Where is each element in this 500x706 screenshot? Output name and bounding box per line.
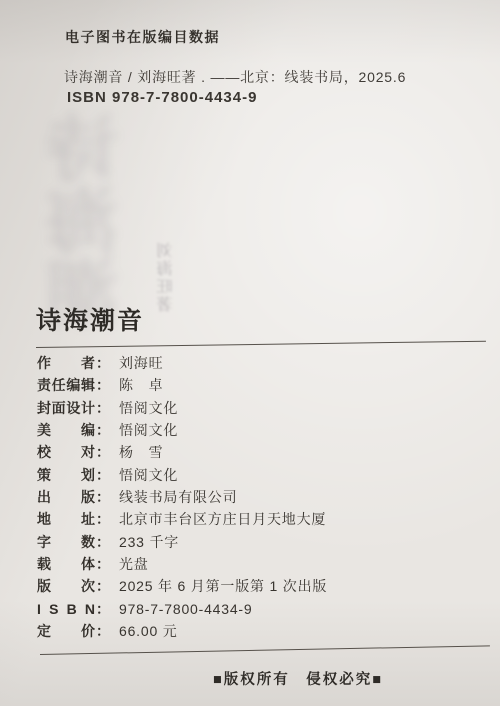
colophon-row-label: 定 价	[37, 620, 95, 642]
colophon-row: 版 次：2025 年 6 月第一版第 1 次出版	[37, 575, 482, 597]
colophon-row-colon: ：	[96, 444, 110, 460]
colophon-row-value: 陈 卓	[119, 377, 163, 393]
colophon-row-label: I S B N	[37, 598, 95, 620]
colophon-row-label: 字 数	[37, 531, 95, 553]
colophon-row-value: 233 千字	[119, 534, 179, 550]
colophon-row-value: 66.00 元	[119, 623, 178, 639]
showthrough-large-title: 诗海潮	[46, 112, 132, 328]
colophon-row-value: 杨 雪	[119, 444, 163, 460]
colophon-row-value: 光盘	[119, 556, 149, 572]
colophon-row: 字 数：233 千字	[37, 531, 482, 553]
colophon-row-value: 悟阅文化	[119, 400, 178, 416]
colophon-row-colon: ：	[96, 467, 110, 483]
colophon-row-value: 悟阅文化	[119, 467, 178, 483]
colophon-row-colon: ：	[96, 623, 110, 639]
colophon-row: 责任编辑：陈 卓	[37, 374, 482, 396]
divider-top	[36, 341, 486, 348]
colophon-row-colon: ：	[96, 556, 110, 572]
colophon-row: 美 编：悟阅文化	[37, 419, 482, 441]
colophon-row: 定 价：66.00 元	[37, 620, 482, 642]
colophon-row-colon: ：	[96, 400, 110, 416]
colophon-row-colon: ：	[96, 511, 110, 527]
colophon-row-label: 美 编	[37, 419, 95, 441]
colophon-row-label: 策 划	[37, 464, 95, 486]
colophon-row-value: 978-7-7800-4434-9	[119, 601, 252, 617]
colophon-row: 校 对：杨 雪	[37, 441, 482, 463]
colophon-row-value: 刘海旺	[119, 355, 163, 371]
colophon-row: 地 址：北京市丰台区方庄日月天地大厦	[37, 508, 482, 530]
colophon-row-colon: ：	[96, 422, 110, 438]
colophon-row-label: 作 者	[37, 352, 95, 374]
colophon-row-value: 2025 年 6 月第一版第 1 次出版	[119, 578, 327, 594]
colophon-row-label: 校 对	[37, 441, 95, 463]
colophon-row: 出 版：线装书局有限公司	[37, 486, 482, 508]
cip-catalog-entry: 诗海潮音 / 刘海旺著 . ——北京：线装书局，2025.6	[64, 67, 406, 87]
colophon-row-colon: ：	[96, 601, 110, 617]
colophon-row-colon: ：	[96, 578, 110, 594]
colophon-row-value: 悟阅文化	[119, 422, 178, 438]
colophon-row-label: 封面设计	[37, 397, 95, 419]
colophon-row-label: 版 次	[37, 575, 95, 597]
colophon-row-label: 出 版	[37, 486, 95, 508]
colophon-row-value: 线装书局有限公司	[119, 489, 237, 505]
colophon-row-colon: ：	[96, 489, 110, 505]
colophon-row-colon: ：	[96, 377, 110, 393]
colophon-row: 载 体：光盘	[37, 553, 482, 575]
copyright-notice: ■版权所有 侵权必究■	[213, 668, 383, 689]
divider-bottom	[40, 645, 490, 655]
colophon-row: 策 划：悟阅文化	[37, 464, 482, 486]
colophon-row: 封面设计：悟阅文化	[37, 397, 482, 419]
colophon-row-colon: ：	[96, 355, 110, 371]
cip-header: 电子图书在版编目数据	[65, 27, 220, 47]
book-title: 诗海潮音	[36, 301, 144, 337]
colophon-row-label: 责任编辑	[37, 374, 95, 396]
colophon-list: 作 者：刘海旺 责任编辑：陈 卓 封面设计：悟阅文化 美 编：悟阅文化 校 对：…	[37, 352, 482, 642]
colophon-row-label: 载 体	[37, 553, 95, 575]
showthrough-small-text: 刘海旺著	[155, 242, 178, 314]
book-colophon-page: 电子图书在版编目数据 诗海潮音 / 刘海旺著 . ——北京：线装书局，2025.…	[0, 0, 500, 706]
cip-isbn-line: ISBN 978-7-7800-4434-9	[67, 89, 257, 106]
colophon-row-colon: ：	[96, 534, 110, 550]
colophon-row-value: 北京市丰台区方庄日月天地大厦	[119, 511, 326, 527]
colophon-row-label: 地 址	[37, 508, 95, 530]
colophon-row: 作 者：刘海旺	[37, 352, 482, 374]
colophon-row: I S B N：978-7-7800-4434-9	[37, 598, 482, 620]
